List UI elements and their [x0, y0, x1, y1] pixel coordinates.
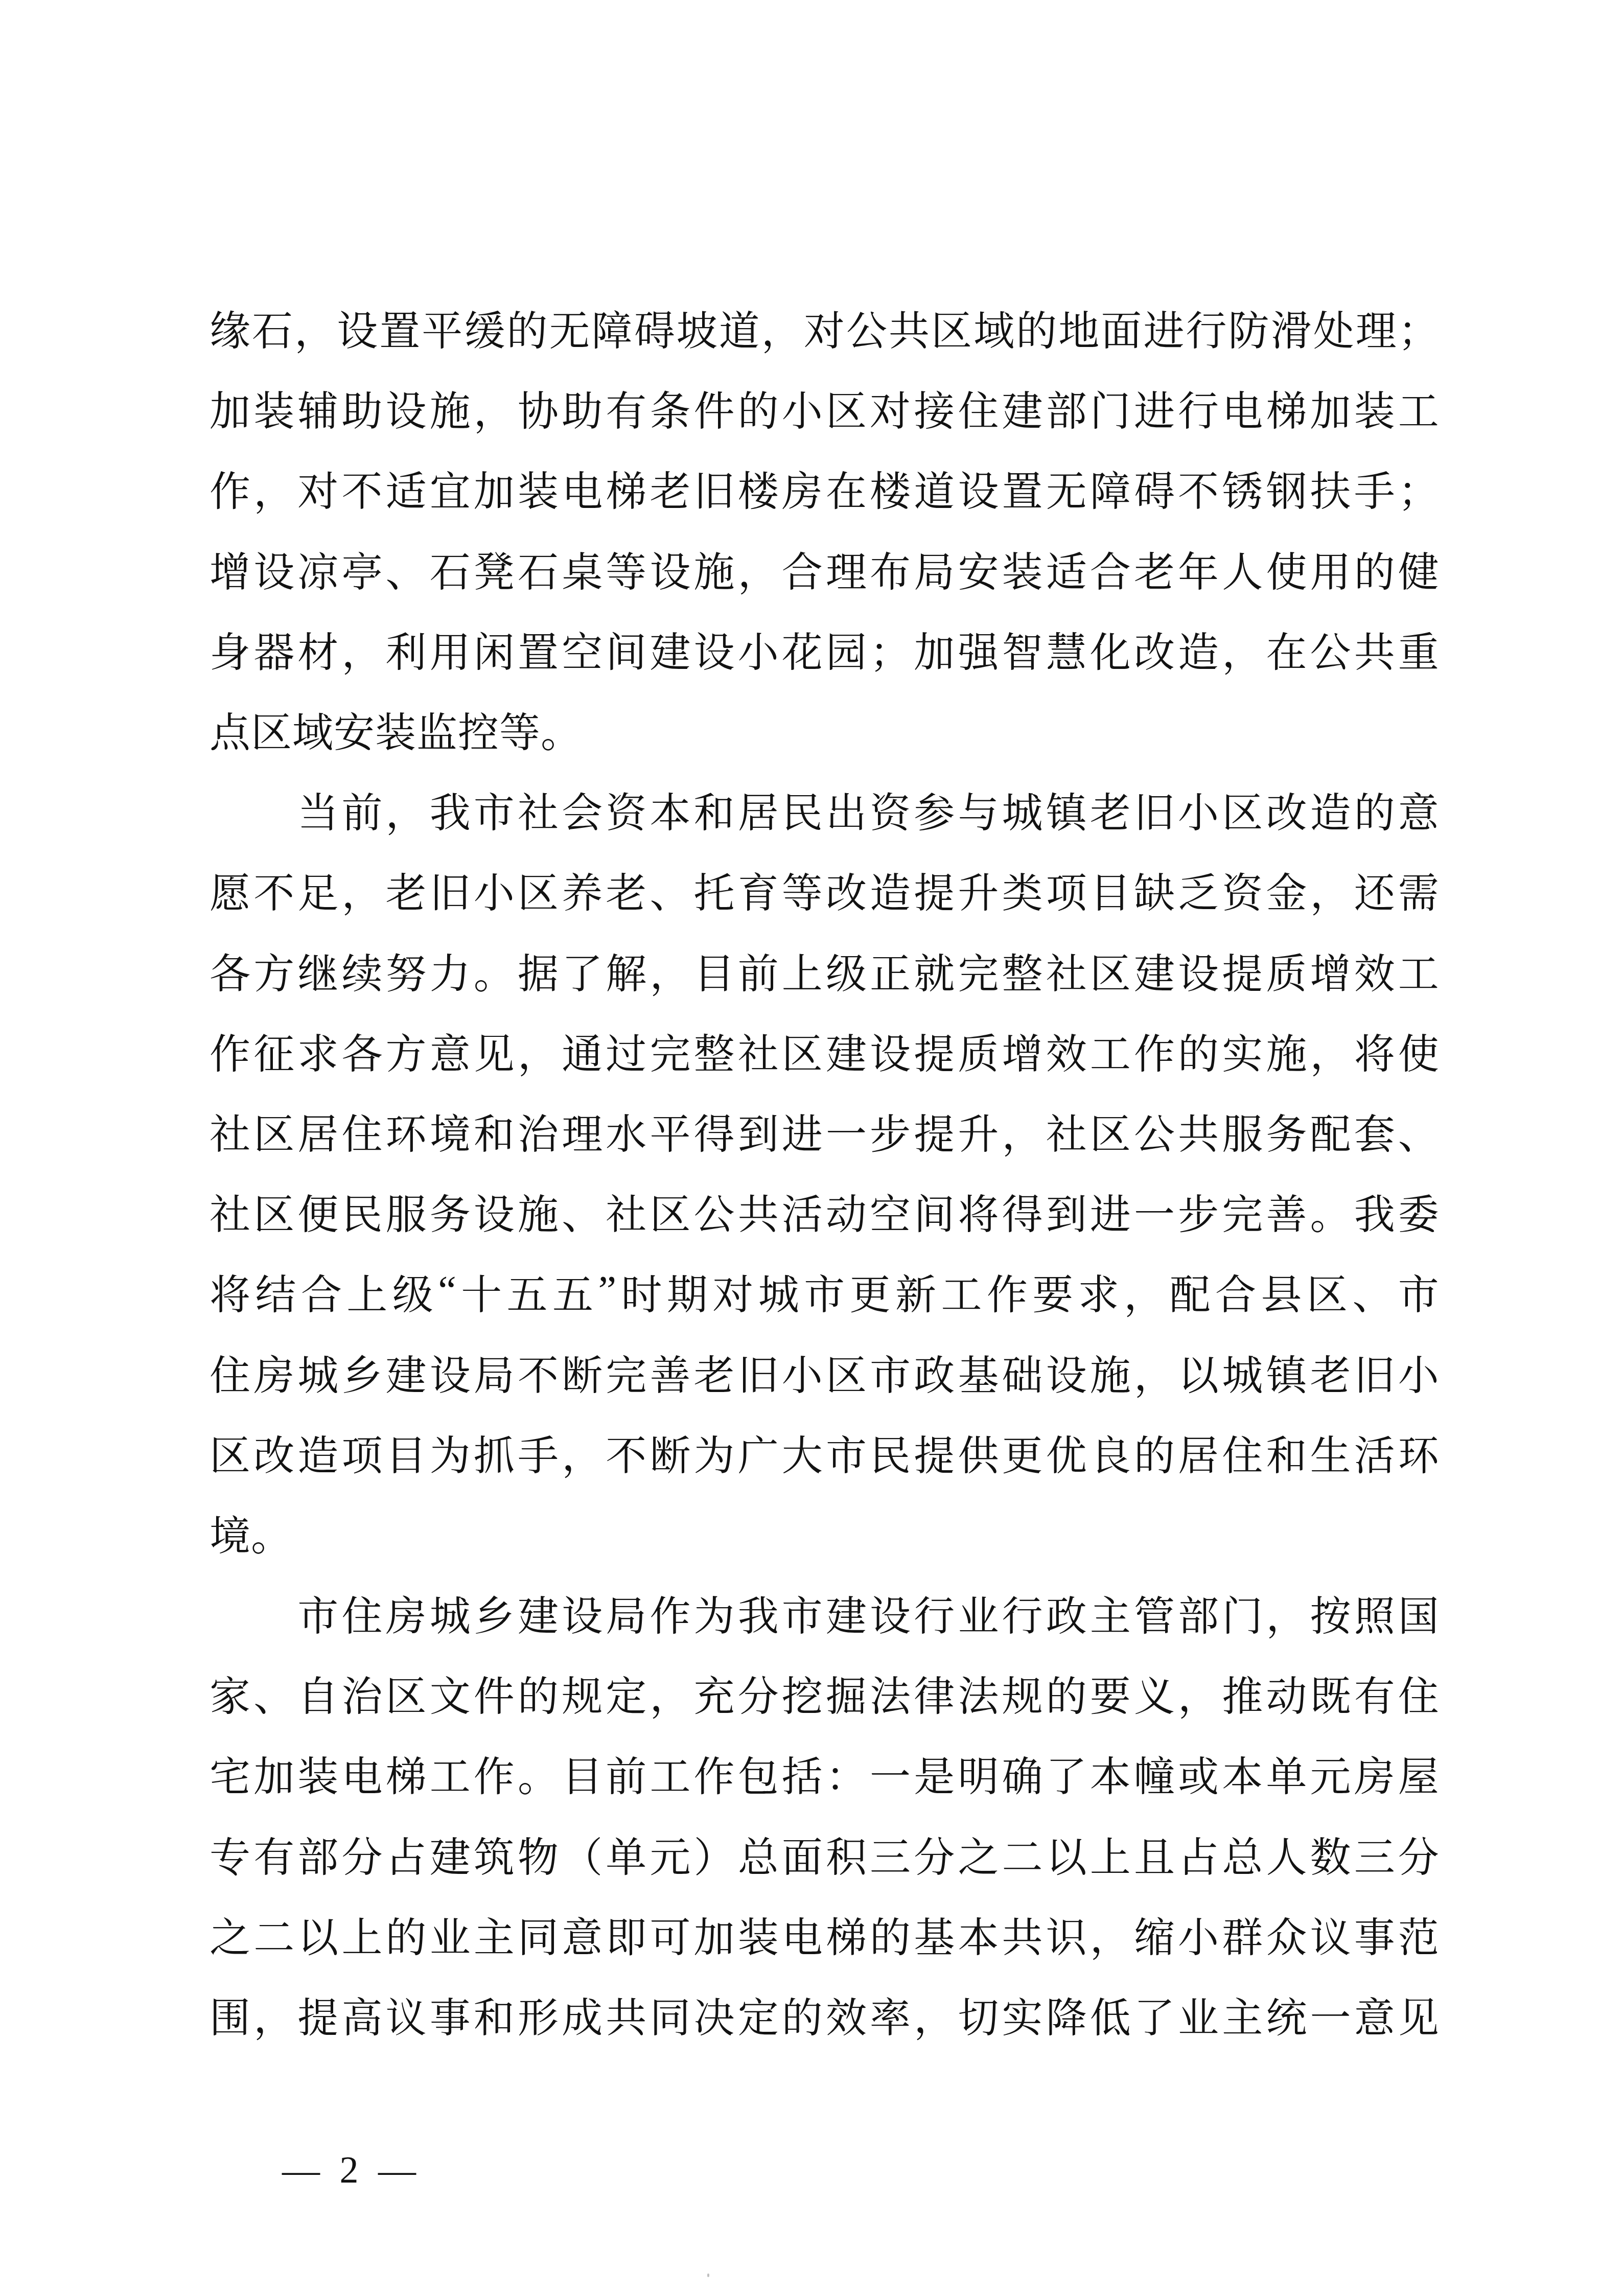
- glyph: 工: [1090, 1021, 1131, 1080]
- glyph: 碍: [1134, 458, 1175, 517]
- text-line: 各方继续努力。据了解，目前上级正就完整社区建设提质增效工: [210, 930, 1439, 1010]
- glyph: 上: [346, 1262, 387, 1320]
- glyph: 障: [1090, 458, 1131, 517]
- glyph: 社: [738, 1021, 779, 1080]
- glyph: 设: [870, 1583, 911, 1642]
- glyph: 要: [1032, 1262, 1073, 1320]
- glyph: 安: [958, 539, 999, 598]
- glyph: 对: [870, 378, 911, 437]
- glyph: 务: [430, 1181, 471, 1240]
- glyph: 部: [297, 1824, 338, 1883]
- glyph: 提: [914, 1021, 955, 1080]
- glyph: 小: [738, 619, 779, 678]
- glyph: 布: [870, 539, 911, 598]
- glyph: 造: [870, 860, 911, 919]
- glyph: 便: [297, 1181, 338, 1240]
- page-number: — 2 —: [282, 2149, 421, 2191]
- glyph: 本: [1222, 1744, 1263, 1802]
- glyph: 十: [461, 1262, 502, 1320]
- glyph: 在: [1266, 619, 1307, 678]
- glyph: 物: [518, 1824, 559, 1883]
- glyph: 防: [1228, 298, 1269, 357]
- glyph: 一: [826, 1101, 867, 1160]
- glyph: 供: [958, 1423, 999, 1481]
- glyph: 器: [253, 619, 294, 678]
- glyph: 电: [562, 458, 602, 517]
- glyph: 对: [297, 458, 338, 517]
- glyph: 凉: [297, 539, 338, 598]
- glyph: 步: [870, 1101, 911, 1160]
- glyph: 老: [694, 1342, 735, 1401]
- text-line: 区改造项目为抓手，不断为广大市民提供更优良的居住和生活环: [210, 1412, 1439, 1492]
- glyph: 善: [1266, 1181, 1307, 1240]
- glyph: 区: [253, 1101, 294, 1160]
- document-body: 缘石，设置平缓的无障碍坡道，对公共区域的地面进行防滑处理；加装辅助设施，协助有条…: [210, 287, 1439, 2054]
- glyph: 石: [430, 539, 471, 598]
- glyph: 或: [1178, 1744, 1219, 1802]
- glyph: 设: [1046, 1342, 1087, 1401]
- glyph: 小: [782, 1342, 823, 1401]
- glyph: ，: [914, 1985, 955, 2044]
- glyph: 前: [606, 1744, 646, 1802]
- glyph: 提: [914, 1423, 955, 1481]
- glyph: 设: [337, 298, 378, 357]
- glyph: 切: [958, 1985, 999, 2044]
- glyph: 市: [826, 1423, 867, 1481]
- text-line: 社区便民服务设施、社区公共活动空间将得到进一步完善。我委: [210, 1171, 1439, 1251]
- glyph: 道: [719, 298, 760, 357]
- glyph: 工: [650, 1744, 690, 1802]
- indent-space: [210, 1583, 250, 1642]
- glyph: 电: [782, 1905, 823, 1963]
- glyph: 住: [1398, 1663, 1439, 1722]
- glyph: 装: [1354, 378, 1395, 437]
- glyph: 本: [1090, 1744, 1131, 1802]
- glyph: 重: [1398, 619, 1439, 678]
- glyph: 装: [375, 700, 416, 758]
- glyph: 合: [301, 1262, 342, 1320]
- glyph: 镇: [1266, 1342, 1307, 1401]
- glyph: 社: [1046, 941, 1087, 1000]
- glyph: 出: [826, 780, 867, 839]
- glyph: 住: [341, 1583, 382, 1642]
- glyph: 老: [1310, 1342, 1351, 1401]
- glyph: 之: [210, 1905, 250, 1963]
- glyph: 当: [297, 780, 338, 839]
- glyph: 照: [1354, 1583, 1395, 1642]
- glyph: 的: [506, 298, 547, 357]
- glyph: 合: [1215, 1262, 1256, 1320]
- glyph: 工: [1398, 941, 1439, 1000]
- glyph: 住: [1222, 1423, 1263, 1481]
- glyph: 、: [1352, 1262, 1393, 1320]
- glyph: 包: [738, 1744, 779, 1802]
- glyph: 对: [804, 298, 845, 357]
- glyph: 定: [738, 1985, 779, 2044]
- glyph: 目: [386, 1423, 427, 1481]
- glyph: 监: [416, 700, 458, 758]
- glyph: 旧: [1134, 780, 1175, 839]
- glyph: 市: [870, 1342, 911, 1401]
- glyph: 件: [474, 1663, 515, 1722]
- glyph: 屋: [1398, 1744, 1439, 1802]
- glyph: 五: [507, 1262, 548, 1320]
- glyph: 主: [1222, 1985, 1263, 2044]
- text-line: 之二以上的业主同意即可加装电梯的基本共识，缩小群众议事范: [210, 1894, 1439, 1974]
- glyph: 民: [870, 1423, 911, 1481]
- glyph: 楼: [738, 458, 779, 517]
- glyph: 的: [1354, 539, 1395, 598]
- glyph: 社: [210, 1101, 250, 1160]
- glyph: 一: [1310, 1985, 1351, 2044]
- glyph: 对: [712, 1262, 753, 1320]
- glyph: 域: [292, 700, 334, 758]
- glyph: 改: [253, 1423, 294, 1481]
- glyph: 缺: [1134, 860, 1175, 919]
- glyph: 共: [1002, 1905, 1043, 1963]
- glyph: ，: [1090, 1905, 1131, 1963]
- glyph: 服: [1222, 1101, 1263, 1160]
- glyph: 方: [386, 1021, 427, 1080]
- glyph: 将: [210, 1262, 250, 1320]
- glyph: 善: [650, 1342, 690, 1401]
- glyph: 处: [1313, 298, 1354, 357]
- glyph: 区: [251, 700, 292, 758]
- glyph: 形: [518, 1985, 559, 2044]
- glyph: 加: [1310, 378, 1351, 437]
- glyph: 总: [1222, 1824, 1263, 1883]
- glyph: 有: [1354, 1663, 1395, 1722]
- glyph: 总: [738, 1824, 779, 1883]
- glyph: 间: [606, 619, 646, 678]
- glyph: 平: [650, 1101, 690, 1160]
- glyph: 间: [914, 1181, 955, 1240]
- glyph: 市: [804, 1262, 845, 1320]
- glyph: 点: [210, 700, 251, 758]
- glyph: 老: [386, 860, 427, 919]
- glyph: 大: [782, 1423, 823, 1481]
- glyph: ，: [761, 298, 802, 357]
- glyph: ；: [870, 619, 911, 678]
- glyph: 定: [606, 1663, 646, 1722]
- glyph: 公: [694, 1181, 735, 1240]
- glyph: 区: [253, 1181, 294, 1240]
- glyph: 装: [1002, 539, 1043, 598]
- glyph: 议: [386, 1985, 427, 2044]
- glyph: 不: [518, 1342, 559, 1401]
- glyph: 意: [1398, 780, 1439, 839]
- glyph: 高: [341, 1985, 382, 2044]
- glyph: 人: [1222, 539, 1263, 598]
- glyph: 据: [518, 941, 559, 1000]
- glyph: 设: [1178, 941, 1219, 1000]
- glyph: 通: [562, 1021, 602, 1080]
- glyph: 石: [252, 298, 293, 357]
- glyph: 基: [914, 1905, 955, 1963]
- glyph: 。: [541, 700, 582, 758]
- glyph: ，: [1310, 860, 1351, 919]
- glyph: 和: [474, 1985, 515, 2044]
- glyph: ，: [341, 860, 382, 919]
- glyph: 装: [297, 1744, 338, 1802]
- glyph: 居: [738, 780, 779, 839]
- glyph: 各: [210, 941, 250, 1000]
- glyph: 旧: [430, 860, 471, 919]
- glyph: 提: [1222, 941, 1263, 1000]
- glyph: ，: [294, 298, 335, 357]
- glyph: 门: [1222, 1583, 1263, 1642]
- glyph: 五: [552, 1262, 593, 1320]
- glyph: 的: [782, 1985, 823, 2044]
- glyph: 托: [694, 860, 735, 919]
- glyph: 见: [1398, 1985, 1439, 2044]
- glyph: 为: [694, 1423, 735, 1481]
- glyph: 增: [1310, 941, 1351, 1000]
- glyph: 升: [958, 1101, 999, 1160]
- glyph: 适: [1046, 539, 1087, 598]
- glyph: 老: [1134, 539, 1175, 598]
- glyph: 障: [592, 298, 633, 357]
- glyph: 分: [914, 1824, 955, 1883]
- text-line: 身器材，利用闲置空间建设小花园；加强智慧化改造，在公共重: [210, 609, 1439, 689]
- glyph: 强: [958, 619, 999, 678]
- glyph: 梯: [386, 1744, 427, 1802]
- glyph: 的: [1354, 780, 1395, 839]
- glyph: 部: [1046, 378, 1087, 437]
- glyph: 公: [1310, 619, 1351, 678]
- glyph: 小: [474, 860, 515, 919]
- glyph: 无: [549, 298, 590, 357]
- glyph: 和: [694, 780, 735, 839]
- glyph: 业: [1178, 1985, 1219, 2044]
- glyph: 造: [297, 1423, 338, 1481]
- glyph: 幢: [1134, 1744, 1175, 1802]
- glyph: 改: [1134, 619, 1175, 678]
- glyph: 新: [895, 1262, 936, 1320]
- glyph: 围: [210, 1985, 250, 2044]
- glyph: 区: [518, 860, 559, 919]
- glyph: 区: [1090, 1101, 1131, 1160]
- glyph: 单: [1266, 1744, 1307, 1802]
- glyph: 数: [1310, 1824, 1351, 1883]
- glyph: 作: [694, 1744, 735, 1802]
- glyph: 提: [914, 1101, 955, 1160]
- glyph: 努: [386, 941, 427, 1000]
- glyph: 设: [253, 539, 294, 598]
- glyph: 决: [694, 1985, 735, 2044]
- glyph: 和: [474, 1101, 515, 1160]
- indent-space: [210, 780, 250, 839]
- glyph: 适: [386, 458, 427, 517]
- glyph: 律: [914, 1663, 955, 1722]
- glyph: 筑: [474, 1824, 515, 1883]
- glyph: ”: [598, 1268, 616, 1314]
- glyph: 设: [694, 619, 735, 678]
- glyph: 区: [782, 1021, 823, 1080]
- text-line: 增设凉亭、石凳石桌等设施，合理布局安装适合老年人使用的健: [210, 528, 1439, 609]
- glyph: 的: [870, 1905, 911, 1963]
- glyph: 手: [1354, 458, 1395, 517]
- text-line: 家、自治区文件的规定，充分挖掘法律法规的要义，推动既有住: [210, 1653, 1439, 1733]
- glyph: 共: [889, 298, 930, 357]
- text-line: 社区居住环境和治理水平得到进一步提升，社区公共服务配套、: [210, 1091, 1439, 1171]
- glyph: 方: [253, 941, 294, 1000]
- glyph: 区: [386, 1663, 427, 1722]
- glyph: 等: [782, 860, 823, 919]
- glyph: 加: [914, 619, 955, 678]
- glyph: 环: [386, 1101, 427, 1160]
- glyph: 动: [1266, 1663, 1307, 1722]
- glyph: 老: [1090, 780, 1131, 839]
- glyph: 了: [562, 941, 602, 1000]
- glyph: 作: [210, 1021, 250, 1080]
- glyph: 质: [958, 1021, 999, 1080]
- glyph: 级: [392, 1262, 433, 1320]
- text-line: 围，提高议事和形成共同决定的效率，切实降低了业主统一意见: [210, 1974, 1439, 2054]
- glyph: 乏: [1178, 860, 1219, 919]
- glyph: 施: [1266, 1021, 1307, 1080]
- glyph: 乡: [474, 1583, 515, 1642]
- glyph: 助: [562, 378, 602, 437]
- glyph: 进: [1143, 298, 1184, 357]
- glyph: 使: [1398, 1021, 1439, 1080]
- glyph: 升: [958, 860, 999, 919]
- glyph: 上: [341, 1905, 382, 1963]
- glyph: 社: [210, 1181, 250, 1240]
- glyph: 电: [341, 1744, 382, 1802]
- glyph: 面: [1101, 298, 1142, 357]
- glyph: 目: [562, 1744, 602, 1802]
- glyph: 装: [738, 1905, 779, 1963]
- glyph: 文: [430, 1663, 471, 1722]
- glyph: 梯: [1266, 378, 1307, 437]
- glyph: 宅: [210, 1744, 250, 1802]
- glyph: 社: [606, 1181, 646, 1240]
- glyph: 法: [870, 1663, 911, 1722]
- glyph: 加: [210, 378, 250, 437]
- glyph: 就: [914, 941, 955, 1000]
- glyph: 积: [826, 1824, 867, 1883]
- glyph: ；: [1398, 298, 1439, 357]
- glyph: 区: [1222, 780, 1263, 839]
- glyph: 不: [1178, 458, 1219, 517]
- glyph: 城: [758, 1262, 799, 1320]
- glyph: 低: [1090, 1985, 1131, 2044]
- glyph: 化: [1090, 619, 1131, 678]
- glyph: 目: [694, 941, 735, 1000]
- glyph: 管: [1134, 1583, 1175, 1642]
- glyph: 本: [650, 780, 690, 839]
- glyph: 县: [1261, 1262, 1302, 1320]
- text-line: 宅加装电梯工作。目前工作包括：一是明确了本幢或本单元房屋: [210, 1733, 1439, 1813]
- glyph: 加: [253, 1744, 294, 1802]
- text-line: 市住房城乡建设局作为我市建设行业行政主管部门，按照国: [210, 1572, 1439, 1653]
- glyph: 设: [562, 1583, 602, 1642]
- glyph: 活: [1354, 1423, 1395, 1481]
- glyph: 见: [474, 1021, 515, 1080]
- glyph: 建: [650, 619, 690, 678]
- glyph: 安: [334, 700, 375, 758]
- glyph: 设: [430, 1342, 471, 1401]
- glyph: 装: [518, 458, 559, 517]
- glyph: 础: [1002, 1342, 1043, 1401]
- glyph: 事: [430, 1985, 471, 2044]
- glyph: ，: [1178, 1663, 1219, 1722]
- glyph: 规: [562, 1663, 602, 1722]
- glyph: 活: [782, 1181, 823, 1240]
- glyph: 市: [474, 780, 515, 839]
- glyph: 等: [606, 539, 646, 598]
- glyph: 元: [650, 1824, 690, 1883]
- glyph: 之: [958, 1824, 999, 1883]
- glyph: 意: [430, 1021, 471, 1080]
- glyph: 群: [1222, 1905, 1263, 1963]
- glyph: 广: [738, 1423, 779, 1481]
- glyph: ，: [650, 941, 690, 1000]
- glyph: 设: [474, 1181, 515, 1240]
- glyph: 手: [518, 1423, 559, 1481]
- glyph: 的: [518, 1663, 559, 1722]
- glyph: ，: [1266, 1583, 1307, 1642]
- glyph: 空: [870, 1181, 911, 1240]
- glyph: 城: [1002, 780, 1043, 839]
- glyph: 共: [1354, 619, 1395, 678]
- glyph: ，: [738, 539, 779, 598]
- glyph: 设: [650, 539, 690, 598]
- glyph: 求: [1078, 1262, 1119, 1320]
- glyph: 既: [1310, 1663, 1351, 1722]
- glyph: 按: [1310, 1583, 1351, 1642]
- glyph: ，: [1310, 1021, 1351, 1080]
- glyph: ，: [1002, 1101, 1043, 1160]
- glyph: 建: [1134, 941, 1175, 1000]
- glyph: 不: [341, 458, 382, 517]
- glyph: 行: [914, 1583, 955, 1642]
- glyph: 委: [1398, 1181, 1439, 1240]
- glyph: 作: [474, 1744, 515, 1802]
- glyph: ：: [826, 1744, 867, 1802]
- glyph: 效: [1046, 1021, 1087, 1080]
- glyph: 。: [518, 1744, 559, 1802]
- glyph: 房: [1354, 1744, 1395, 1802]
- glyph: 水: [606, 1101, 646, 1160]
- glyph: 政: [914, 1342, 955, 1401]
- glyph: 行: [1186, 298, 1226, 357]
- glyph: 。: [251, 1503, 292, 1562]
- glyph: 缓: [464, 298, 505, 357]
- glyph: 公: [846, 298, 887, 357]
- glyph: 助: [341, 378, 382, 437]
- glyph: 三: [1354, 1824, 1395, 1883]
- glyph: ，: [650, 1663, 690, 1722]
- glyph: 镇: [1046, 780, 1087, 839]
- glyph: 为: [430, 1423, 471, 1481]
- glyph: 和: [1266, 1423, 1307, 1481]
- glyph: 前: [341, 780, 382, 839]
- glyph: 不: [253, 860, 294, 919]
- glyph: 住: [210, 1342, 250, 1401]
- glyph: 项: [1046, 860, 1087, 919]
- glyph: 步: [1178, 1181, 1219, 1240]
- glyph: 、: [253, 1663, 294, 1722]
- glyph: 治: [341, 1663, 382, 1722]
- glyph: 凳: [474, 539, 515, 598]
- glyph: 。: [1310, 1181, 1351, 1240]
- glyph: 作: [210, 458, 250, 517]
- glyph: 专: [210, 1824, 250, 1883]
- glyph: 造: [1310, 780, 1351, 839]
- text-line: 缘石，设置平缓的无障碍坡道，对公共区域的地面进行防滑处理；: [210, 287, 1439, 367]
